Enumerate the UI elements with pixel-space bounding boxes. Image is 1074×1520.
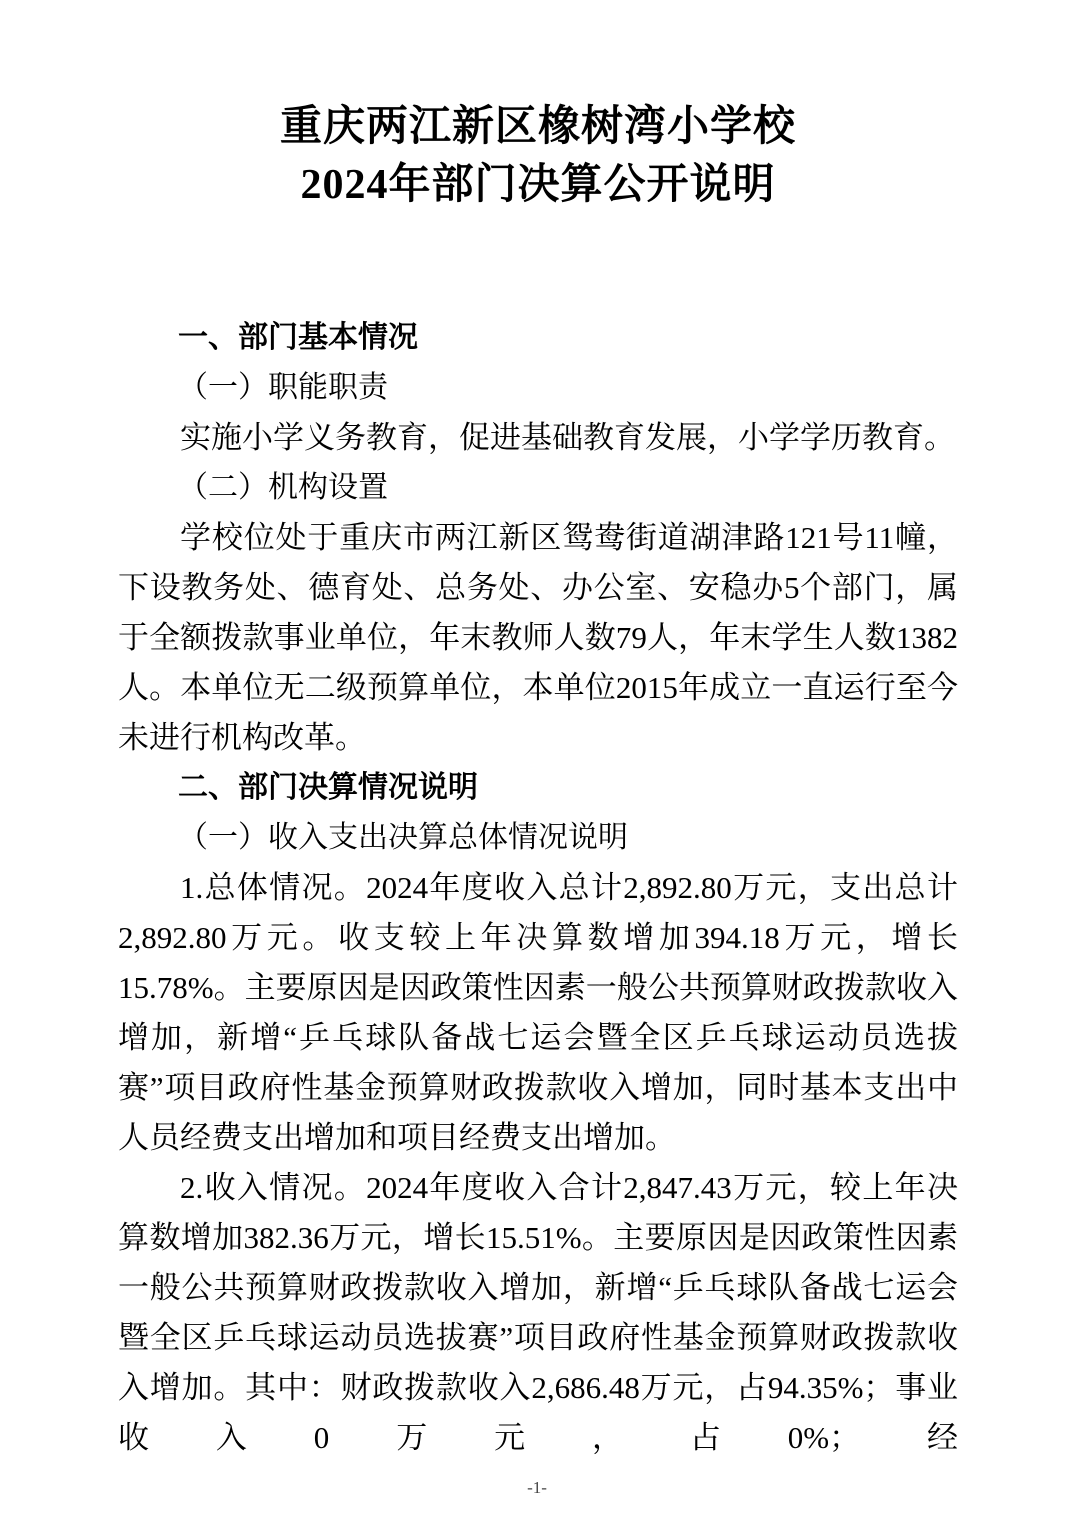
subheading-duties: （一）职能职责: [118, 363, 958, 413]
section-heading-final-accounts: 二、部门决算情况说明: [118, 763, 958, 813]
paragraph-overall-situation: 1.总体情况。2024年度收入总计2,892.80万元，支出总计2,892.80…: [118, 863, 958, 1163]
section-heading-basic-info: 一、部门基本情况: [118, 313, 958, 363]
document-title-line1: 重庆两江新区橡树湾小学校: [118, 98, 958, 156]
document-page: 重庆两江新区橡树湾小学校 2024年部门决算公开说明 一、部门基本情况 （一）职…: [0, 0, 1074, 1520]
document-content: 重庆两江新区橡树湾小学校 2024年部门决算公开说明 一、部门基本情况 （一）职…: [118, 98, 958, 1463]
subheading-overall-revenue-expenditure: （一）收入支出决算总体情况说明: [118, 813, 958, 863]
document-title: 重庆两江新区橡树湾小学校 2024年部门决算公开说明: [118, 98, 958, 214]
paragraph-duties: 实施小学义务教育，促进基础教育发展，小学学历教育。: [118, 413, 958, 463]
page-number: -1-: [0, 1478, 1074, 1498]
subheading-organization: （二）机构设置: [118, 463, 958, 513]
paragraph-revenue-situation: 2.收入情况。2024年度收入合计2,847.43万元，较上年决算数增加382.…: [118, 1163, 958, 1463]
document-body: 一、部门基本情况 （一）职能职责 实施小学义务教育，促进基础教育发展，小学学历教…: [118, 313, 958, 1463]
paragraph-organization: 学校位处于重庆市两江新区鸳鸯街道湖津路121号11幢，下设教务处、德育处、总务处…: [118, 513, 958, 763]
document-title-line2: 2024年部门决算公开说明: [118, 156, 958, 214]
